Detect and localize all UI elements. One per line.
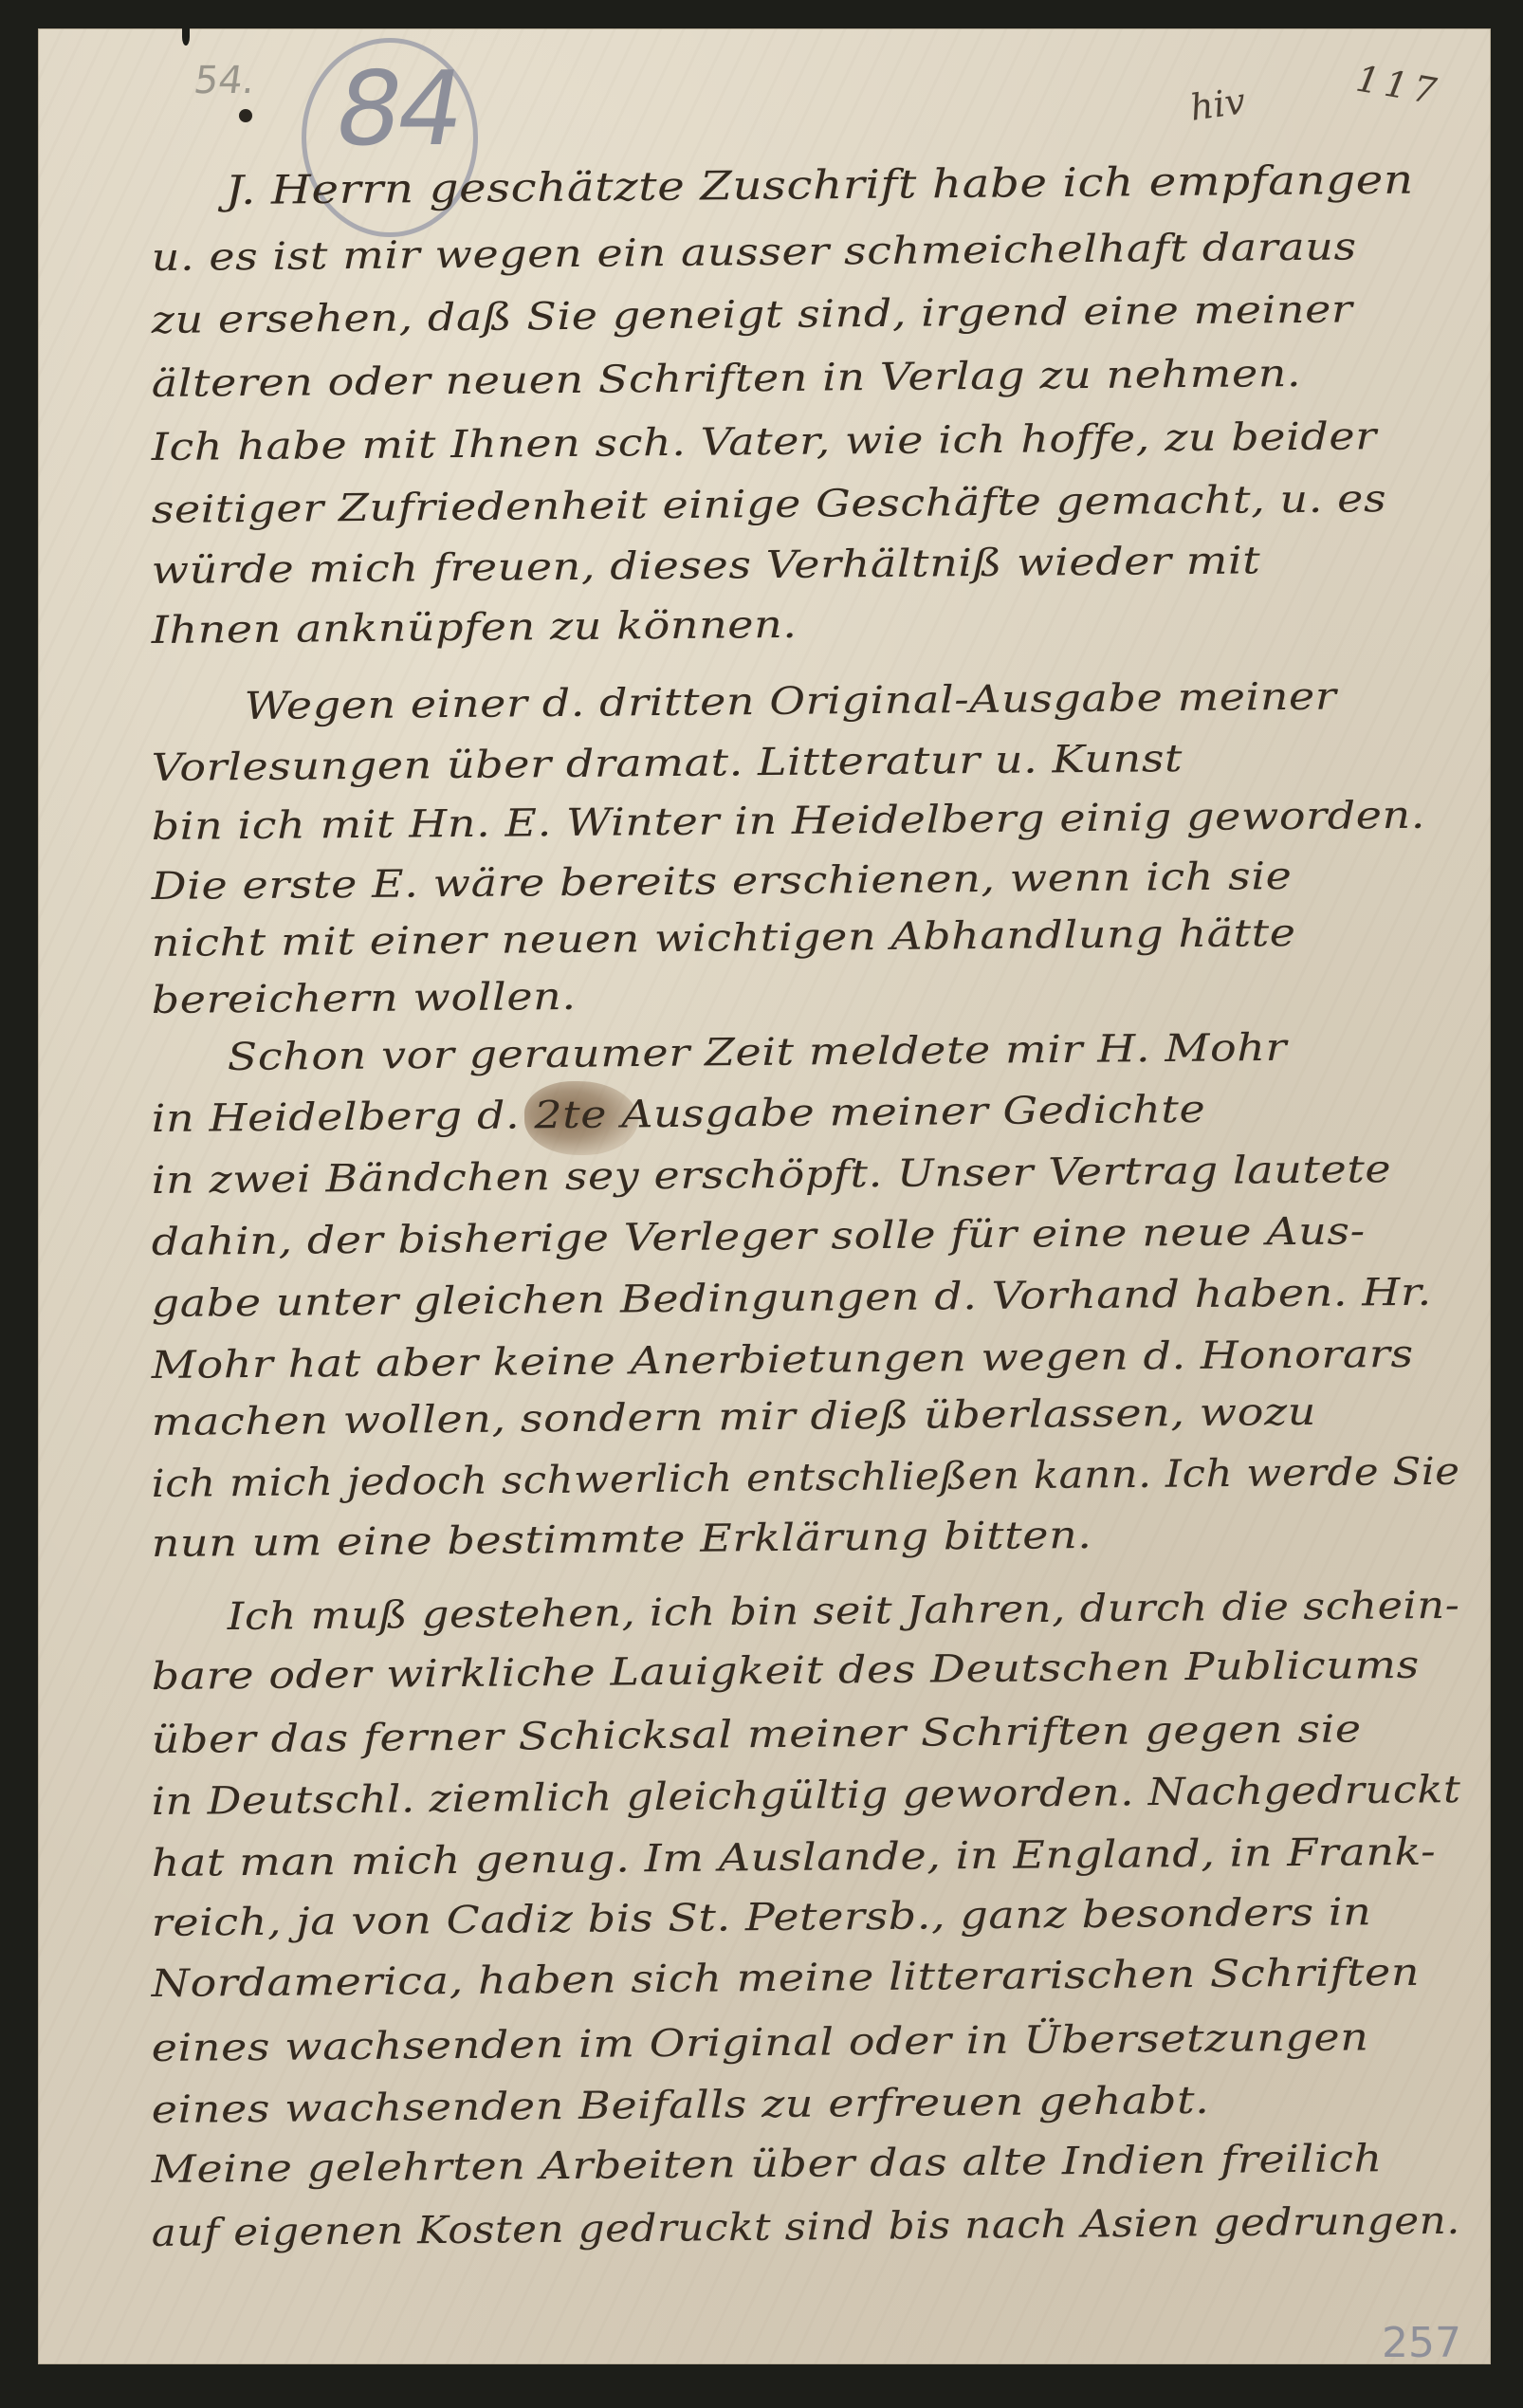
letter-line: hat man mich genug. Im Auslande, in Engl… [152, 1833, 1437, 1883]
paper-notch [182, 28, 190, 46]
letter-line: bin ich mit Hn. E. Winter in Heidelberg … [152, 797, 1426, 846]
letter-line: würde mich freuen, dieses Verhältniß wie… [152, 542, 1261, 590]
header-note-left: hiv [1187, 80, 1248, 129]
letter-line: eines wachsenden Beifalls zu erfreuen ge… [152, 2082, 1210, 2129]
archival-number-top-left: 54. [192, 59, 258, 102]
archival-folio-number: 257 [1382, 2319, 1461, 2367]
letter-line: Meine gelehrten Arbeiten über das alte I… [152, 2140, 1383, 2189]
letter-line: bereichern wollen. [152, 978, 577, 1020]
letter-line: Schon vor geraumer Zeit meldete mir H. M… [228, 1029, 1288, 1076]
letter-line: nicht mit einer neuen wichtigen Abhandlu… [152, 914, 1296, 963]
letter-line: Vorlesungen über dramat. Litteratur u. K… [152, 740, 1184, 787]
letter-line: Die erste E. wäre bereits erschienen, we… [152, 857, 1293, 906]
ink-dot [239, 109, 252, 122]
letter-line: Wegen einer d. dritten Original-Ausgabe … [245, 678, 1337, 726]
letter-line: in zwei Bändchen sey erschöpft. Unser Ve… [152, 1150, 1392, 1200]
letter-line: nun um eine bestimmte Erklärung bitten. [152, 1516, 1092, 1563]
letter-line: machen wollen, sondern mir dieß überlass… [152, 1393, 1317, 1442]
letter-line: reich, ja von Cadiz bis St. Petersb., ga… [152, 1893, 1372, 1942]
letter-line: Nordamerica, haben sich meine litteraris… [152, 1954, 1421, 2003]
letter-line: Ich muß gestehen, ich bin seit Jahren, d… [228, 1587, 1460, 1636]
letter-line: Mohr hat aber keine Anerbietungen wegen … [152, 1335, 1414, 1385]
letter-line: Ihnen anknüpfen zu können. [152, 606, 798, 650]
letter-line: Ich habe mit Ihnen sch. Vater, wie ich h… [152, 417, 1377, 467]
letter-line: über das ferner Schicksal meiner Schrift… [152, 1710, 1362, 1759]
letter-line: in Heidelberg d. 2te Ausgabe meiner Gedi… [152, 1091, 1206, 1138]
letter-line: zu ersehen, daß Sie geneigt sind, irgend… [152, 290, 1353, 340]
letter-line: dahin, der bisherige Verleger solle für … [152, 1212, 1366, 1261]
letter-line: J. Herrn geschätzte Zuschrift habe ich e… [225, 160, 1413, 211]
letter-line: seitiger Zufriedenheit einige Geschäfte … [152, 480, 1387, 529]
letter-line: eines wachsenden im Original oder in Übe… [152, 2018, 1369, 2068]
letter-line: älteren oder neuen Schriften in Verlag z… [152, 355, 1302, 403]
letter-line: gabe unter gleichen Bedingungen d. Vorha… [152, 1274, 1432, 1323]
archival-circled-number: 84 [327, 59, 468, 161]
letter-line: u. es ist mir wegen ein ausser schmeiche… [152, 228, 1357, 277]
document-scan: 54. 84 257 hiv 117 J. Herrn geschätzte Z… [0, 0, 1523, 2408]
letter-line: bare oder wirkliche Lauigkeit des Deutsc… [152, 1646, 1420, 1696]
